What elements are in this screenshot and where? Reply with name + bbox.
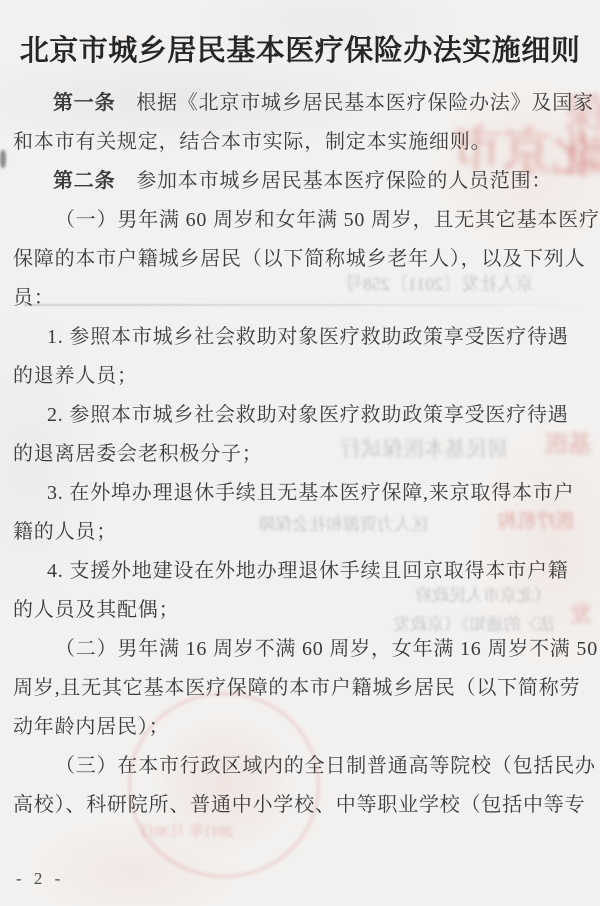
scanned-document-page: 北京市 保险 京人社发〔2011〕258号 居民基本医保试行 基医 区人力资源和…	[0, 0, 600, 906]
text-line-17: 动年龄内居民）；	[13, 708, 589, 747]
text-line-15: （二）男年满 16 周岁不满 60 周岁，女年满 16 周岁不满 50	[13, 630, 589, 669]
text-line-9: 2. 参照本市城乡社会救助对象医疗救助政策享受医疗待遇	[13, 396, 589, 435]
text-line-1: 第一条 根据《北京市城乡居民基本医疗保险办法》及国家	[13, 84, 589, 123]
text-line-13: 4. 支援外地建设在外地办理退休手续且回京取得本市户籍	[13, 552, 589, 591]
text-line-2: 和本市有关规定，结合本市实际，制定本实施细则。	[13, 123, 589, 162]
scan-edge-smudge	[0, 150, 6, 168]
text-line-6: 员：	[13, 279, 589, 318]
text-line-18: （三）在本市行政区域内的全日制普通高等院校（包括民办	[13, 747, 589, 786]
text-line-11: 3. 在外埠办理退休手续且无基本医疗保障,来京取得本市户	[13, 474, 589, 513]
article-number: 第一条	[53, 92, 115, 114]
document-body: 第一条 根据《北京市城乡居民基本医疗保险办法》及国家和本市有关规定，结合本市实际…	[13, 84, 589, 825]
page-number: - 2 -	[16, 869, 64, 889]
text-line-12: 籍的人员；	[13, 513, 589, 552]
text-line-5: 保障的本市户籍城乡居民（以下简称城乡老年人），以及下列人	[13, 240, 589, 279]
text-line-3: 第二条 参加本市城乡居民基本医疗保险的人员范围：	[13, 162, 589, 201]
text-line-16: 周岁,且无其它基本医疗保障的本市户籍城乡居民（以下简称劳	[13, 669, 589, 708]
document-title: 北京市城乡居民基本医疗保险办法实施细则	[0, 28, 600, 69]
text-line-4: （一）男年满 60 周岁和女年满 50 周岁，且无其它基本医疗	[13, 201, 589, 240]
text-line-19: 高校）、科研院所、普通中小学校、中等职业学校（包括中等专	[13, 786, 589, 825]
text-line-14: 的人员及其配偶；	[13, 591, 589, 630]
text-line-7: 1. 参照本市城乡社会救助对象医疗救助政策享受医疗待遇	[13, 318, 589, 357]
text-line-8: 的退养人员；	[13, 357, 589, 396]
article-number: 第二条	[53, 170, 115, 192]
text-line-10: 的退离居委会老积极分子；	[13, 435, 589, 474]
